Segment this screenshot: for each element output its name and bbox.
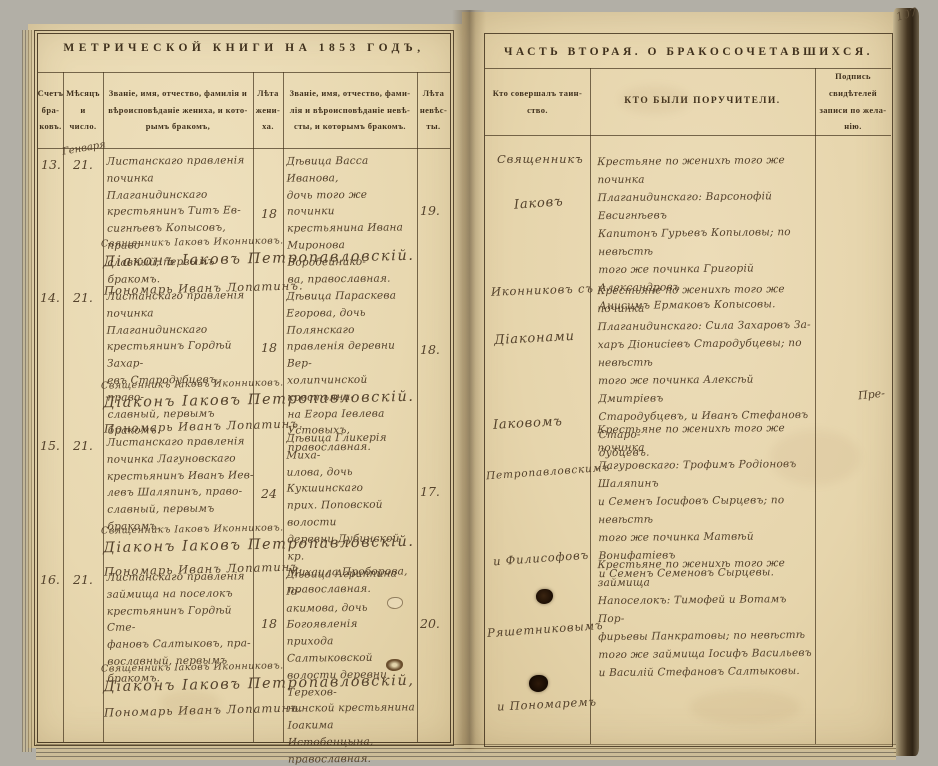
- right-header-officiant: Кто совершалъ таин- ство.: [485, 68, 590, 135]
- book-edge-left: [22, 30, 32, 752]
- left-header-bride-age: Лѣта невѣс- ты.: [417, 72, 450, 148]
- groom-entry: Листанскаго правленія починка Лагуновска…: [106, 433, 255, 535]
- record-day: 21.: [73, 572, 93, 587]
- bride-age: 20.: [420, 616, 440, 631]
- record-number: 13.: [41, 157, 61, 172]
- bride-age: 17.: [420, 484, 440, 499]
- groom-age: 18: [261, 340, 277, 355]
- left-header-groom-age: Лѣта жени- ха.: [253, 72, 283, 148]
- record-day: 21.: [73, 438, 93, 453]
- groom-age: 18: [261, 616, 277, 631]
- left-header-bride: Званіе, имя, отчество, фами- лія и вѣрои…: [283, 72, 417, 148]
- paper-stain: [770, 430, 860, 485]
- bride-age: 19.: [420, 203, 440, 218]
- book-edge-right: [893, 8, 919, 756]
- bride-age: 18.: [420, 342, 440, 357]
- left-header-date: Мѣсяцъ и число.: [63, 72, 103, 148]
- record-day: 21.: [73, 157, 93, 172]
- right-header-signature: Подпись свидѣтелей записи по жела- нію.: [815, 68, 891, 135]
- paper-stain: [690, 690, 800, 724]
- groom-age: 24: [261, 486, 277, 501]
- left-col-rule-5: [417, 72, 418, 742]
- left-page-title: МЕТРИЧЕСКОЙ КНИГИ НА 1853 ГОДЪ,: [40, 42, 448, 54]
- groom-entry: Листанскаго правленія починка Плаганидин…: [106, 287, 256, 440]
- right-page-title: ЧАСТЬ ВТОРАЯ. О БРАКОСОЧЕТАВШИХСЯ.: [486, 46, 891, 58]
- left-header-groom: Званіе, имя, отчество, фамилія и вѣроисп…: [103, 72, 253, 148]
- right-header-bottom-rule: [485, 135, 891, 136]
- paper-stain: [620, 86, 690, 114]
- record-number: 16.: [40, 572, 60, 587]
- right-col-rule-2: [815, 68, 816, 744]
- record-number: 14.: [40, 290, 60, 305]
- bride-entry: Дѣвица Васса Иванова, дочь того же почин…: [286, 152, 415, 288]
- guarantors-entry: Крестьяне по женихѣ того же займища Напо…: [597, 554, 812, 683]
- book-binding: [452, 10, 486, 752]
- left-col-rule-1: [63, 72, 64, 742]
- record-number: 15.: [40, 438, 60, 453]
- groom-age: 18: [261, 206, 277, 221]
- signature-margin-note: Пре-: [857, 387, 885, 403]
- record-day: 21.: [73, 290, 93, 305]
- officiant-line: Священникъ: [497, 152, 584, 166]
- scanned-register-photo: 107 МЕТРИЧЕСКОЙ КНИГИ НА 1853 ГОДЪ, Счет…: [0, 0, 938, 766]
- paper-stain: [160, 690, 220, 716]
- right-col-rule-1: [590, 68, 591, 744]
- left-header-count: Счетъ бра- ковъ.: [38, 72, 63, 148]
